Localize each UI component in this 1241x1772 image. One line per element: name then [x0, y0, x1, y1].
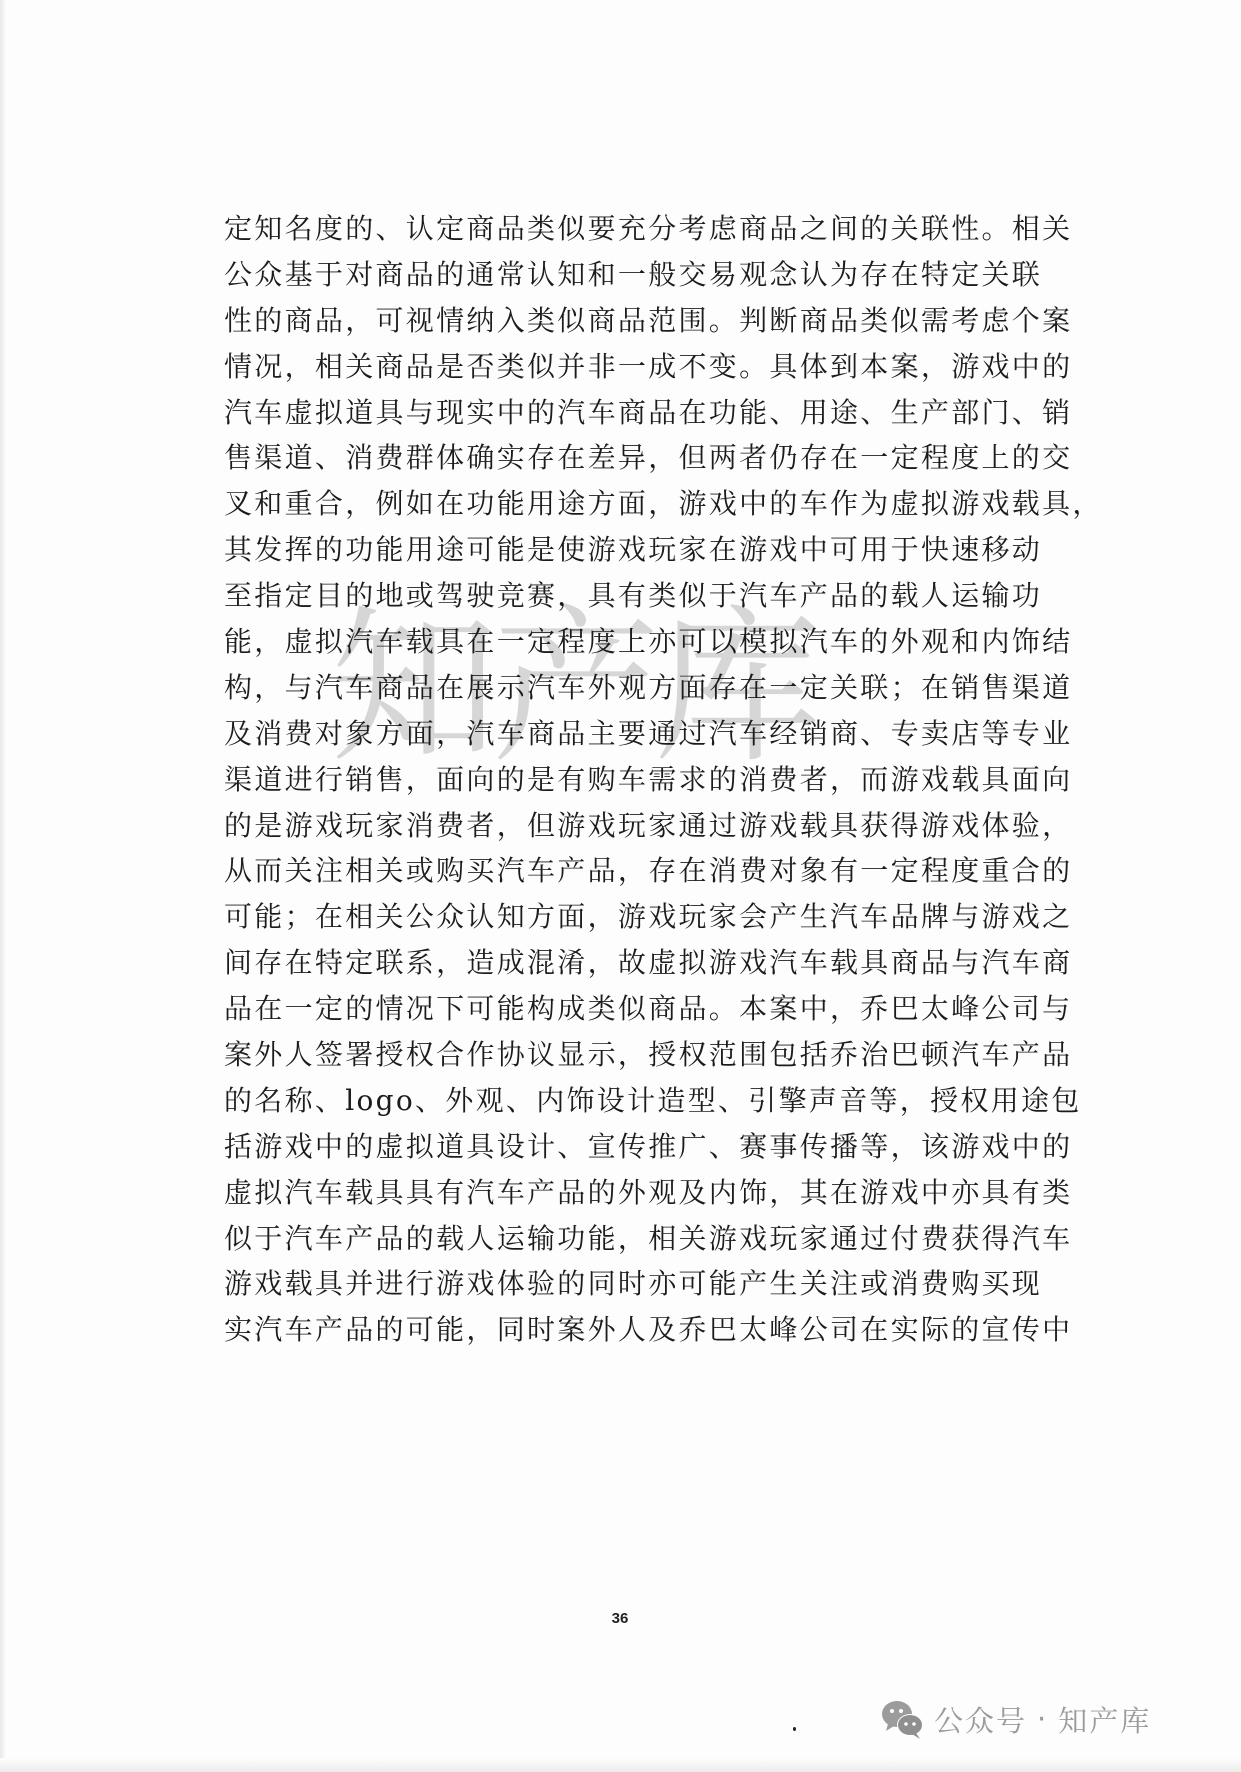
text-line: 的名称、logo、外观、内饰设计造型、引擎声音等，授权用途包: [224, 1078, 1024, 1124]
text-line: 的是游戏玩家消费者，但游戏玩家通过游戏载具获得游戏体验，: [224, 803, 1024, 849]
text-line: 定知名度的、认定商品类似要充分考虑商品之间的关联性。相关: [224, 206, 1024, 252]
text-line: 能，虚拟汽车载具在一定程度上亦可以模拟汽车的外观和内饰结: [224, 619, 1024, 665]
text-line: 渠道进行销售，面向的是有购车需求的消费者，而游戏载具面向: [224, 757, 1024, 803]
text-line: 性的商品，可视情纳入类似商品范围。判断商品类似需考虑个案: [224, 298, 1024, 344]
footer-separator: ·: [1037, 1702, 1048, 1736]
text-line: 其发挥的功能用途可能是使游戏玩家在游戏中可用于快速移动: [224, 527, 1024, 573]
text-line: 间存在特定联系，造成混淆，故虚拟游戏汽车载具商品与汽车商: [224, 940, 1024, 986]
wechat-icon: [880, 1697, 926, 1741]
text-line: 括游戏中的虚拟道具设计、宣传推广、赛事传播等，该游戏中的: [224, 1124, 1024, 1170]
document-page: 知产库 定知名度的、认定商品类似要充分考虑商品之间的关联性。相关 公众基于对商品…: [0, 0, 1241, 1772]
text-line: 从而关注相关或购买汽车产品，存在消费对象有一定程度重合的: [224, 848, 1024, 894]
footer-account-name: 知产库: [1058, 1699, 1151, 1740]
text-line: 及消费对象方面，汽车商品主要通过汽车经销商、专卖店等专业: [224, 711, 1024, 757]
text-line: 至指定目的地或驾驶竞赛，具有类似于汽车产品的载人运输功: [224, 573, 1024, 619]
text-line: 叉和重合，例如在功能用途方面，游戏中的车作为虚拟游戏载具，: [224, 481, 1024, 527]
text-line: 游戏载具并进行游戏体验的同时亦可能产生关注或消费购买现: [224, 1261, 1024, 1307]
text-line: 公众基于对商品的通常认知和一般交易观念认为存在特定关联: [224, 252, 1024, 298]
text-line: 案外人签署授权合作协议显示，授权范围包括乔治巴顿汽车产品: [224, 1032, 1024, 1078]
document-body: 定知名度的、认定商品类似要充分考虑商品之间的关联性。相关 公众基于对商品的通常认…: [224, 206, 1024, 1353]
text-line: 品在一定的情况下可能构成类似商品。本案中，乔巴太峰公司与: [224, 986, 1024, 1032]
text-line: 可能；在相关公众认知方面，游戏玩家会产生汽车品牌与游戏之: [224, 894, 1024, 940]
scan-speck: [793, 1727, 796, 1731]
text-line: 虚拟汽车载具具有汽车产品的外观及内饰，其在游戏中亦具有类: [224, 1170, 1024, 1216]
text-line: 汽车虚拟道具与现实中的汽车商品在功能、用途、生产部门、销: [224, 390, 1024, 436]
text-line: 情况，相关商品是否类似并非一成不变。具体到本案，游戏中的: [224, 344, 1024, 390]
text-line: 售渠道、消费群体确实存在差异，但两者仍存在一定程度上的交: [224, 435, 1024, 481]
page-number: 36: [600, 1610, 640, 1627]
footer-source-label: 公众号: [934, 1699, 1027, 1740]
text-line: 实汽车产品的可能，同时案外人及乔巴太峰公司在实际的宣传中: [224, 1307, 1024, 1353]
page-bottom-edge-shadow: [0, 1758, 1241, 1772]
page-left-edge-shadow: [0, 0, 6, 1772]
footer-account-badge: 公众号 · 知产库: [880, 1697, 1151, 1741]
text-line: 构，与汽车商品在展示汽车外观方面存在一定关联；在销售渠道: [224, 665, 1024, 711]
text-line: 似于汽车产品的载人运输功能，相关游戏玩家通过付费获得汽车: [224, 1216, 1024, 1262]
